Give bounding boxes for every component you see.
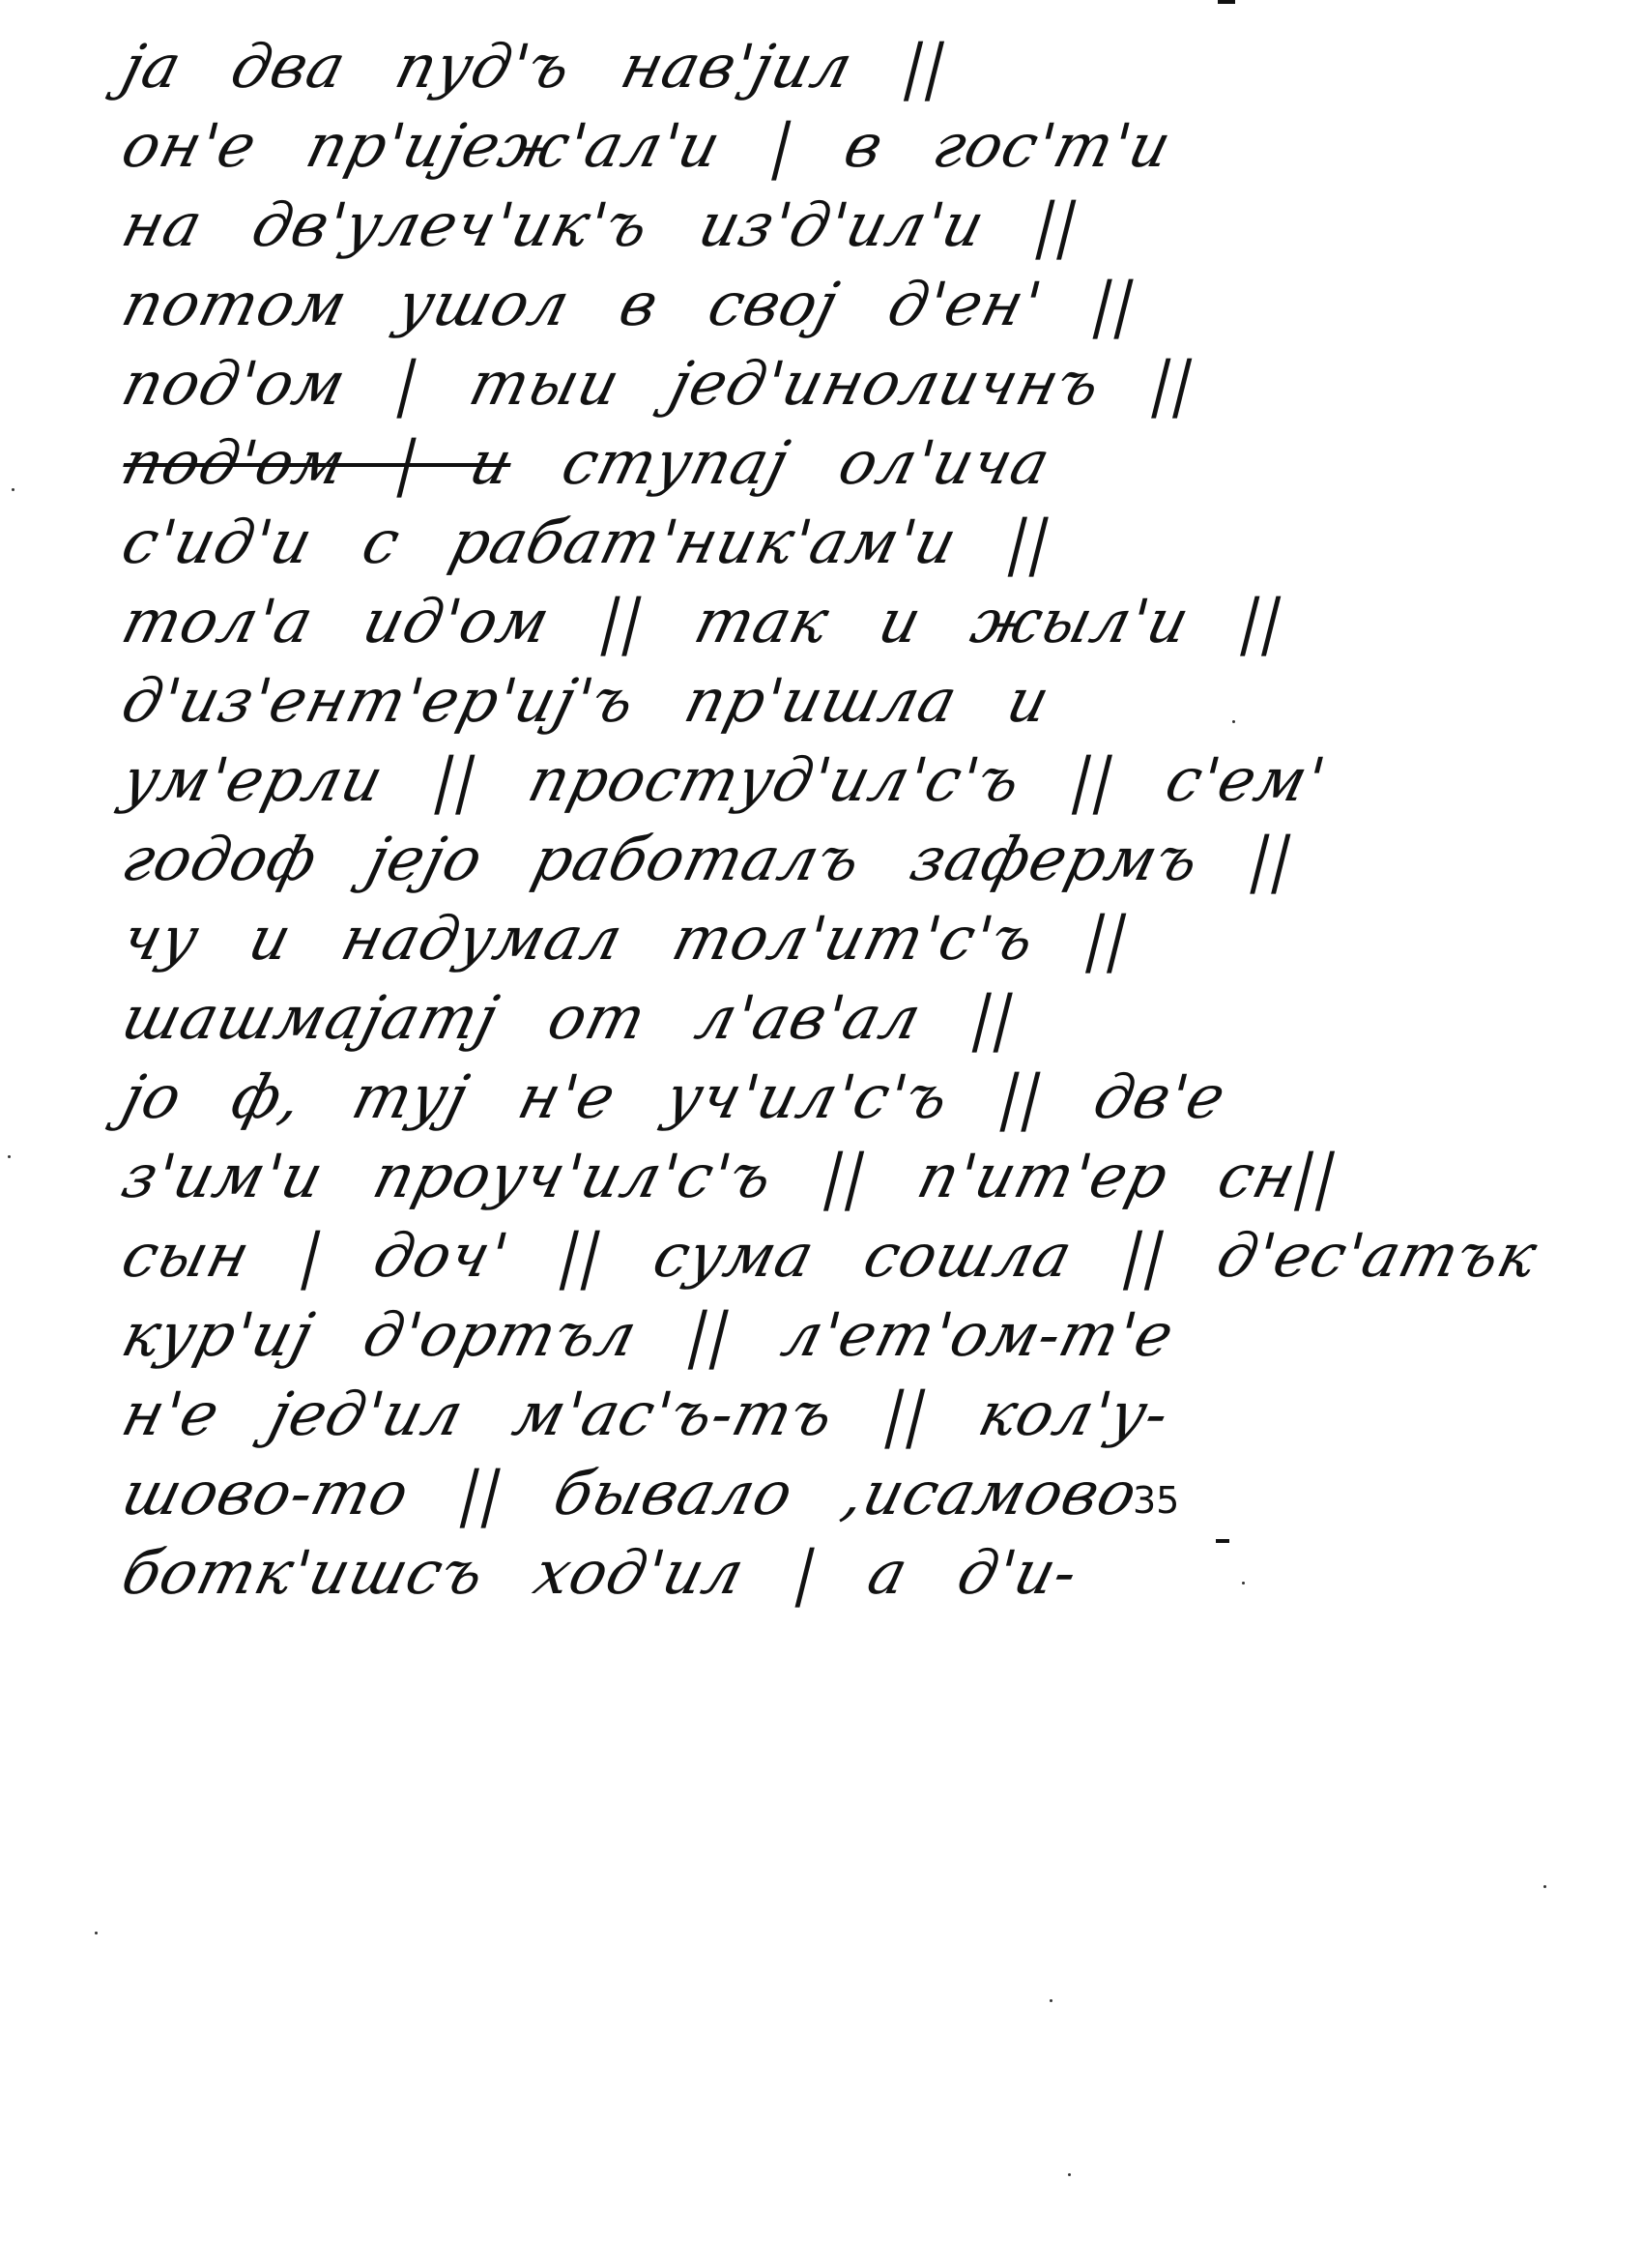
page-number-dash <box>1216 1539 1229 1543</box>
scan-speck <box>1050 1999 1052 2002</box>
scan-speck <box>12 488 14 491</box>
scan-speck <box>1543 1885 1546 1888</box>
struck-through-text: под'ом | и <box>115 427 520 498</box>
manuscript-line-17: кур'иј д'ортъл || л'ет'ом-т'е <box>114 1295 1293 1375</box>
manuscript-line-2: он'е пр'ијеж'ал'и | в гос'т'и <box>114 106 1293 186</box>
manuscript-line-12: чу и надумал тол'ит'с'ъ || <box>114 899 1293 978</box>
scan-speck <box>1232 720 1235 723</box>
manuscript-line-13: шашмајатј от л'ав'ал || <box>114 978 1293 1058</box>
manuscript-line-1: ја два пуд'ъ нав'јил || <box>114 27 1293 106</box>
scan-speck <box>379 1590 382 1593</box>
scan-speck <box>95 1932 98 1934</box>
manuscript-line-16: сын | доч' || сума сошла || д'ес'атък <box>114 1216 1293 1295</box>
line-6-text: ступај ол'ича <box>556 427 1058 498</box>
manuscript-line-6: под'ом | и ступај ол'ича <box>114 423 1293 503</box>
scan-speck <box>1242 1582 1245 1585</box>
scan-speck <box>1068 2173 1071 2176</box>
manuscript-line-4: потом ушол в свој д'ен' || <box>114 265 1293 344</box>
page-number: 35 <box>1133 1479 1179 1522</box>
manuscript-line-11: годоф јејо работалъ зафермъ || <box>114 820 1293 899</box>
manuscript-line-10: ум'ерли || простуд'ил'с'ъ || с'ем' <box>114 741 1293 820</box>
manuscript-line-20: ботк'ишсъ ход'ил | а д'и- <box>114 1533 1293 1613</box>
manuscript-line-3: на дв'улеч'ик'ъ из'д'ил'и || <box>114 186 1293 265</box>
manuscript-line-9: д'из'ент'ер'иј'ъ пр'ишла и <box>114 661 1293 741</box>
manuscript-line-15: з'им'и проуч'ил'с'ъ || п'ит'ер сн|| <box>114 1137 1293 1216</box>
corner-mark <box>1218 0 1235 4</box>
manuscript-page: ја два пуд'ъ нав'јил || он'е пр'ијеж'ал'… <box>0 0 1643 2268</box>
manuscript-line-19: шово-то || бывало ,исамово <box>114 1454 1293 1533</box>
manuscript-line-5: под'ом | тыи јед'иноличнъ || <box>114 344 1293 423</box>
manuscript-line-7: с'ид'и с рабат'ник'ам'и || <box>114 503 1293 582</box>
handwritten-text-block: ја два пуд'ъ нав'јил || он'е пр'ијеж'ал'… <box>114 27 1274 1613</box>
manuscript-line-18: н'е јед'ил м'ас'ъ-тъ || кол'у- <box>114 1375 1293 1454</box>
manuscript-line-8: тол'а ид'ом || так и жыл'и || <box>114 582 1293 661</box>
manuscript-line-14: јо ф, туј н'е уч'ил'с'ъ || дв'е <box>114 1058 1293 1137</box>
scan-speck <box>8 1155 11 1158</box>
